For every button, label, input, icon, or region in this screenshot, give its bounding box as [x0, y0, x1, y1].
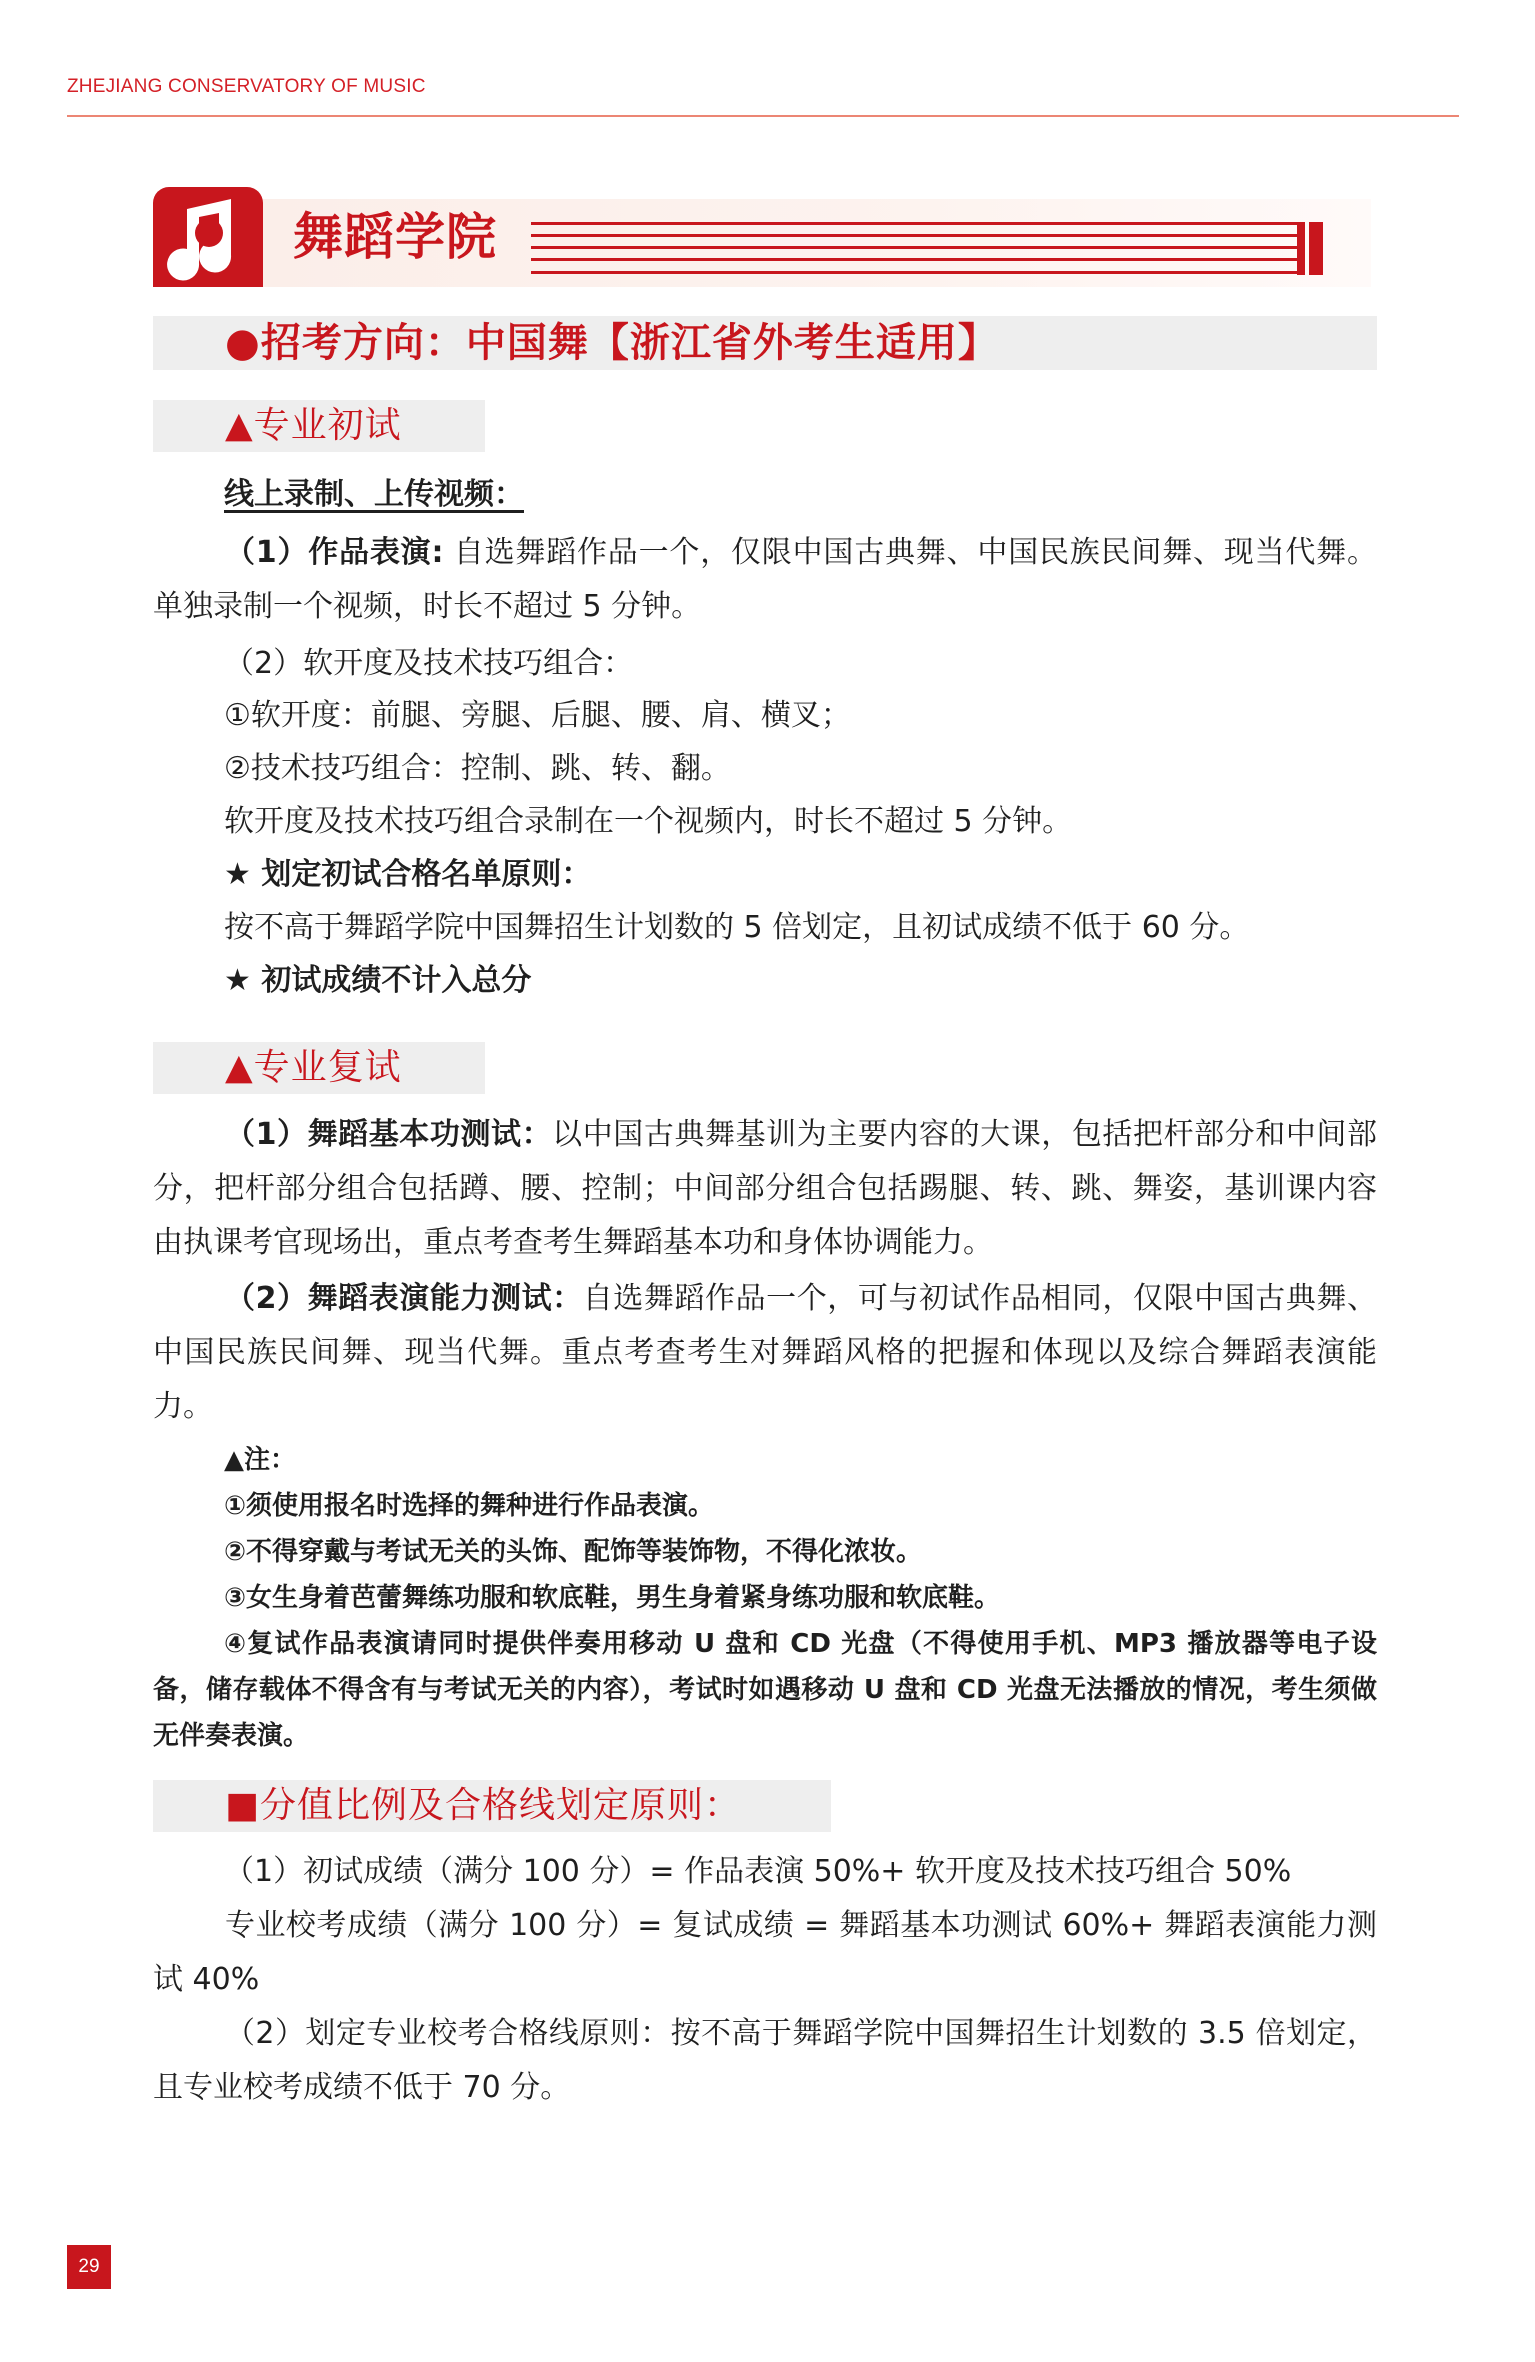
- scoring-line2: 专业校考成绩（满分 100 分）= 复试成绩 = 舞蹈基本功测试 60%+ 舞蹈…: [153, 1899, 1377, 2007]
- preliminary-rule-text: 按不高于舞蹈学院中国舞招生计划数的 5 倍划定，且初试成绩不低于 60 分。: [224, 901, 1377, 955]
- scoring-heading-text: ■分值比例及合格线划定原则：: [225, 1785, 741, 1827]
- notes-title: ▲注：: [224, 1437, 1377, 1483]
- scoring-line1: （1）初试成绩（满分 100 分）= 作品表演 50%+ 软开度及技术技巧组合 …: [224, 1845, 1377, 1899]
- header-rule: [67, 115, 1459, 117]
- note-item: ④复试作品表演请同时提供伴奏用移动 U 盘和 CD 光盘（不得使用手机、MP3 …: [153, 1621, 1377, 1759]
- preliminary-heading-text: ▲专业初试: [225, 405, 402, 447]
- music-staff-decoration: [531, 222, 1341, 274]
- note-item: ①须使用报名时选择的舞种进行作品表演。: [224, 1483, 1377, 1529]
- preliminary-item1: （1）作品表演: 自选舞蹈作品一个，仅限中国古典舞、中国民族民间舞、现当代舞。单…: [153, 526, 1377, 634]
- scoring-heading: ■分值比例及合格线划定原则：: [153, 1780, 831, 1832]
- preliminary-item2-sub1: ①软开度：前腿、旁腿、后腿、腰、肩、横叉；: [224, 689, 1377, 743]
- retest-item2-label: （2）舞蹈表演能力测试：: [225, 1281, 583, 1316]
- preliminary-mode: 线上录制、上传视频：: [224, 468, 1377, 522]
- preliminary-item2-sub2: ②技术技巧组合：控制、跳、转、翻。: [224, 742, 1377, 796]
- direction-heading-text: ●招考方向：中国舞【浙江省外考生适用】: [225, 320, 999, 366]
- retest-heading-text: ▲专业复试: [225, 1047, 402, 1089]
- running-head: ZHEJIANG CONSERVATORY OF MUSIC: [67, 76, 426, 98]
- note-item: ②不得穿戴与考试无关的头饰、配饰等装饰物，不得化浓妆。: [224, 1529, 1377, 1575]
- title-banner: 舞蹈学院: [153, 187, 1370, 289]
- preliminary-rule-title: ★ 划定初试合格名单原则：: [224, 848, 1377, 902]
- music-note-icon: [153, 187, 263, 287]
- item1-label: （1）作品表演:: [225, 535, 443, 570]
- preliminary-rule-note: ★ 初试成绩不计入总分: [224, 954, 1377, 1008]
- preliminary-heading: ▲专业初试: [153, 400, 485, 452]
- retest-item2: （2）舞蹈表演能力测试：自选舞蹈作品一个，可与初试作品相同，仅限中国古典舞、中国…: [153, 1272, 1377, 1434]
- retest-item1: （1）舞蹈基本功测试：以中国古典舞基训为主要内容的大课，包括把杆部分和中间部分，…: [153, 1108, 1377, 1270]
- note-item: ③女生身着芭蕾舞练功服和软底鞋，男生身着紧身练功服和软底鞋。: [224, 1575, 1377, 1621]
- retest-heading: ▲专业复试: [153, 1042, 485, 1094]
- preliminary-item2-note: 软开度及技术技巧组合录制在一个视频内，时长不超过 5 分钟。: [224, 795, 1377, 849]
- banner-title: 舞蹈学院: [293, 207, 497, 267]
- preliminary-item2: （2）软开度及技术技巧组合：: [224, 637, 1377, 691]
- direction-heading: ●招考方向：中国舞【浙江省外考生适用】: [153, 316, 1377, 370]
- scoring-line3: （2）划定专业校考合格线原则：按不高于舞蹈学院中国舞招生计划数的 3.5 倍划定…: [153, 2007, 1377, 2115]
- page-number: 29: [67, 2245, 111, 2289]
- retest-item1-label: （1）舞蹈基本功测试：: [225, 1117, 552, 1152]
